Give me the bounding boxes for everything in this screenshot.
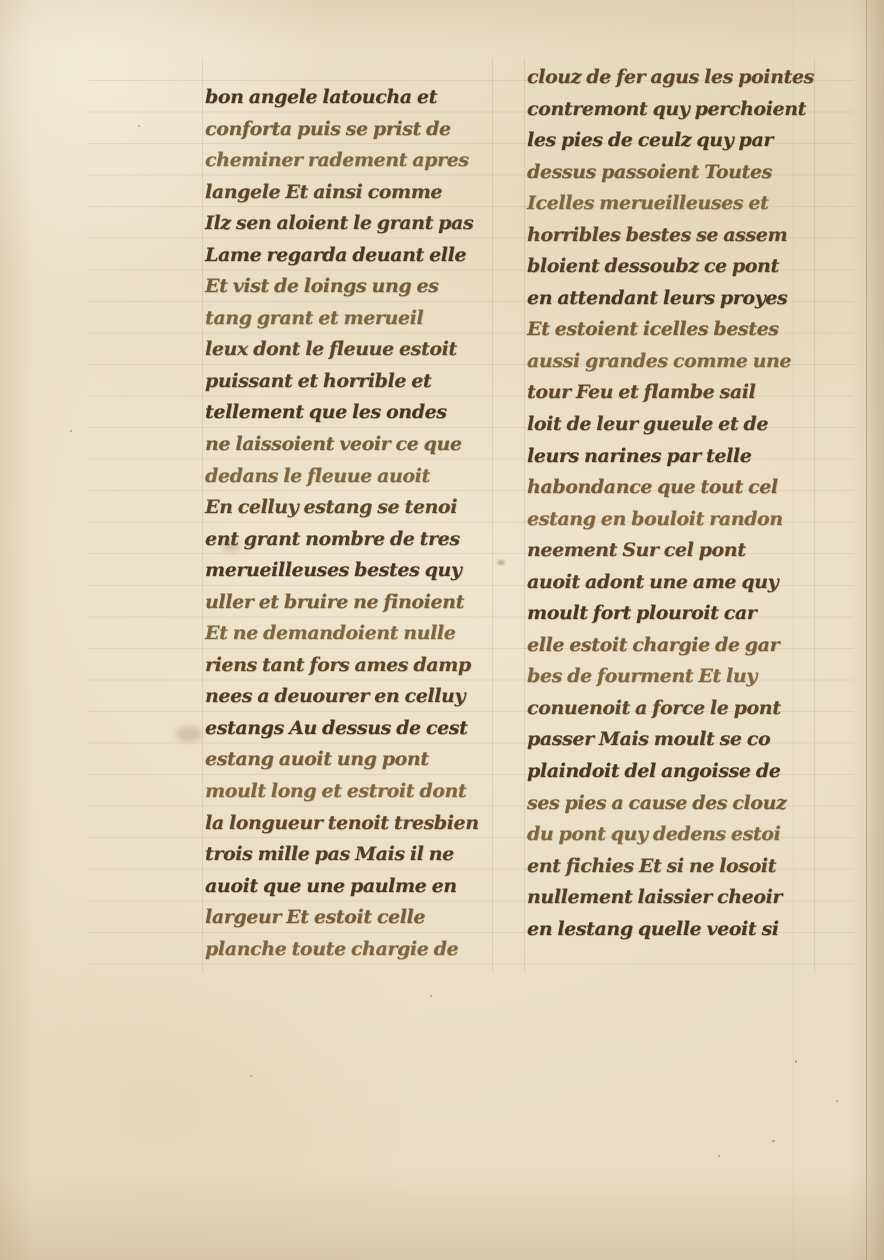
text-line: les pies de ceulz quy par bbox=[527, 125, 827, 157]
text-line: En celluy estang se tenoi bbox=[205, 492, 505, 524]
text-line: ses pies a cause des clouz bbox=[527, 788, 827, 820]
text-line: uller et bruire ne finoient bbox=[205, 587, 505, 619]
text-line: tellement que les ondes bbox=[205, 397, 505, 429]
text-line: plaindoit del angoisse de bbox=[527, 756, 827, 788]
text-line: tour Feu et flambe sail bbox=[527, 377, 827, 409]
text-line: moult long et estroit dont bbox=[205, 776, 505, 808]
text-line: contremont quy perchoient bbox=[527, 94, 827, 126]
text-line: la longueur tenoit tresbien bbox=[205, 808, 505, 840]
text-column-right: clouz de fer agus les pointescontremont … bbox=[527, 62, 827, 945]
text-line: aussi grandes comme une bbox=[527, 346, 827, 378]
text-line: puissant et horrible et bbox=[205, 366, 505, 398]
text-line: auoit que une paulme en bbox=[205, 871, 505, 903]
page-fore-edge bbox=[866, 0, 884, 1260]
text-line: ent fichies Et si ne losoit bbox=[527, 851, 827, 883]
text-line: riens tant fors ames damp bbox=[205, 650, 505, 682]
text-line: estang auoit ung pont bbox=[205, 744, 505, 776]
text-line: elle estoit chargie de gar bbox=[527, 630, 827, 662]
text-line: nullement laissier cheoir bbox=[527, 882, 827, 914]
text-line: Et estoient icelles bestes bbox=[527, 314, 827, 346]
text-column-left: bon angele latoucha etconforta puis se p… bbox=[205, 82, 505, 965]
parchment-speck bbox=[772, 1140, 775, 1142]
parchment-speck bbox=[138, 125, 140, 127]
text-line: Ilz sen aloient le grant pas bbox=[205, 208, 505, 240]
text-line: conuenoit a force le pont bbox=[527, 693, 827, 725]
text-line: auoit adont une ame quy bbox=[527, 567, 827, 599]
text-line: nees a deuourer en celluy bbox=[205, 681, 505, 713]
column-rule-gutter-right bbox=[524, 58, 525, 973]
text-line: bes de fourment Et luy bbox=[527, 661, 827, 693]
text-line: ent grant nombre de tres bbox=[205, 524, 505, 556]
text-line: tang grant et merueil bbox=[205, 303, 505, 335]
text-line: ne laissoient veoir ce que bbox=[205, 429, 505, 461]
manuscript-page: bon angele latoucha etconforta puis se p… bbox=[0, 0, 884, 1260]
text-line: dedans le fleuue auoit bbox=[205, 461, 505, 493]
text-line: en attendant leurs proyes bbox=[527, 283, 827, 315]
text-line: leurs narines par telle bbox=[527, 441, 827, 473]
text-line: trois mille pas Mais il ne bbox=[205, 839, 505, 871]
text-line: neement Sur cel pont bbox=[527, 535, 827, 567]
text-line: langele Et ainsi comme bbox=[205, 177, 505, 209]
text-line: du pont quy dedens estoi bbox=[527, 819, 827, 851]
parchment-speck bbox=[795, 1060, 797, 1063]
text-line: moult fort plouroit car bbox=[527, 598, 827, 630]
text-line: largeur Et estoit celle bbox=[205, 902, 505, 934]
text-line: horribles bestes se assem bbox=[527, 220, 827, 252]
text-line: bon angele latoucha et bbox=[205, 82, 505, 114]
text-line: en lestang quelle veoit si bbox=[527, 914, 827, 946]
ink-smudge bbox=[222, 540, 240, 552]
text-line: cheminer radement apres bbox=[205, 145, 505, 177]
ink-smudge bbox=[176, 726, 202, 742]
parchment-speck bbox=[836, 1100, 838, 1102]
text-line: loit de leur gueule et de bbox=[527, 409, 827, 441]
text-line: clouz de fer agus les pointes bbox=[527, 62, 827, 94]
parchment-speck bbox=[250, 1075, 252, 1077]
text-line: planche toute chargie de bbox=[205, 934, 505, 966]
parchment-speck bbox=[70, 430, 72, 432]
text-line: Icelles merueilleuses et bbox=[527, 188, 827, 220]
text-line: leux dont le fleuue estoit bbox=[205, 334, 505, 366]
text-line: Et vist de loings ung es bbox=[205, 271, 505, 303]
text-line: merueilleuses bestes quy bbox=[205, 555, 505, 587]
parchment-speck bbox=[430, 995, 432, 997]
text-line: habondance que tout cel bbox=[527, 472, 827, 504]
ink-smudge bbox=[497, 560, 505, 565]
text-line: conforta puis se prist de bbox=[205, 114, 505, 146]
text-line: Et ne demandoient nulle bbox=[205, 618, 505, 650]
text-line: bloient dessoubz ce pont bbox=[527, 251, 827, 283]
text-line: Lame regarda deuant elle bbox=[205, 240, 505, 272]
text-line: passer Mais moult se co bbox=[527, 724, 827, 756]
text-line: estangs Au dessus de cest bbox=[205, 713, 505, 745]
parchment-speck bbox=[718, 1155, 720, 1157]
text-line: dessus passoient Toutes bbox=[527, 157, 827, 189]
column-rule-left bbox=[202, 58, 203, 973]
text-line: estang en bouloit randon bbox=[527, 504, 827, 536]
